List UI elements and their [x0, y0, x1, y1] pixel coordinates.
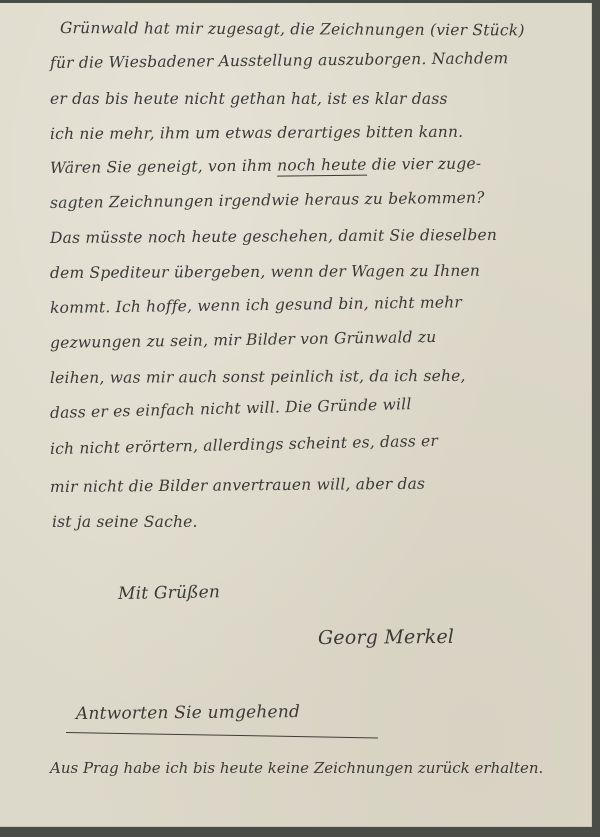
- letter-closing: Mit Grüßen: [118, 582, 220, 604]
- letter-line-10: gezwungen zu sein, mir Bilder von Grünwa…: [50, 328, 437, 352]
- underlined-phrase: noch heute: [277, 156, 367, 177]
- letter-line-8: dem Spediteur übergeben, wenn der Wagen …: [50, 262, 480, 282]
- letter-line-5-end: die vier zuge-: [372, 154, 482, 173]
- letter-line-2: für die Wiesbadener Ausstellung auszubor…: [50, 49, 508, 72]
- letter-line-3: er das bis heute nicht gethan hat, ist e…: [50, 90, 448, 108]
- letter-line-5-start: Wären Sie geneigt, von ihm: [50, 157, 272, 177]
- letter-line-14: mir nicht die Bilder anvertrauen will, a…: [50, 475, 425, 496]
- letter-line-7: Das müsste noch heute geschehen, damit S…: [50, 226, 497, 247]
- letter-line-9: kommt. Ich hoffe, wenn ich gesund bin, n…: [50, 293, 462, 317]
- letter-line-15: ist ja seine Sache.: [52, 513, 198, 531]
- letter-line-12: dass er es einfach nicht will. Die Gründ…: [50, 395, 412, 422]
- postscript-text: Aus Prag habe ich bis heute keine Zeichn…: [50, 759, 543, 777]
- letter-signature: Georg Merkel: [318, 626, 454, 649]
- letter-paper: Grünwald hat mir zugesagt, die Zeichnung…: [0, 3, 592, 827]
- letter-line-6: sagten Zeichnungen irgendwie heraus zu b…: [50, 189, 485, 212]
- postscript-underline: [66, 732, 378, 738]
- postscript-heading: Antworten Sie umgehend: [76, 702, 300, 724]
- letter-line-11: leihen, was mir auch sonst peinlich ist,…: [50, 367, 466, 387]
- letter-line-4: ich nie mehr, ihm um etwas derartiges bi…: [50, 123, 463, 143]
- letter-line-5: Wären Sie geneigt, von ihm noch heute di…: [50, 154, 481, 177]
- letter-line-13: ich nicht erörtern, allerdings scheint e…: [50, 432, 438, 458]
- letter-line-1: Grünwald hat mir zugesagt, die Zeichnung…: [60, 19, 525, 39]
